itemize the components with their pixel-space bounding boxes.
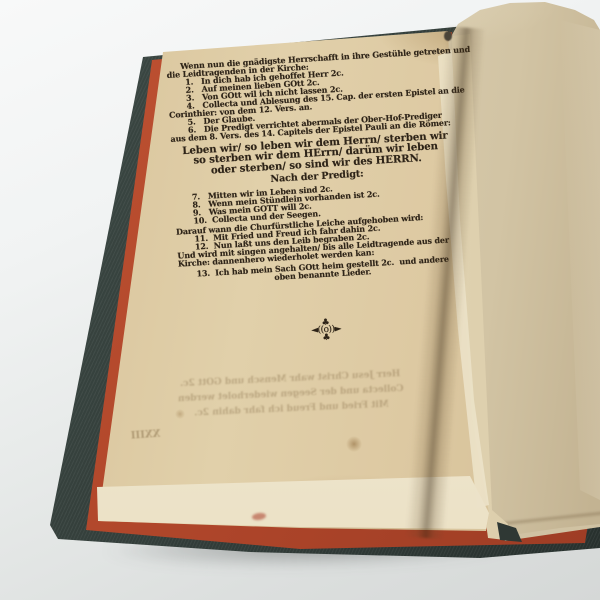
gutter-sewing-speck xyxy=(444,31,452,41)
photo-of-antique-book: Herr Jesu Christ wahr Mensch und GOtt 2c… xyxy=(0,0,600,600)
